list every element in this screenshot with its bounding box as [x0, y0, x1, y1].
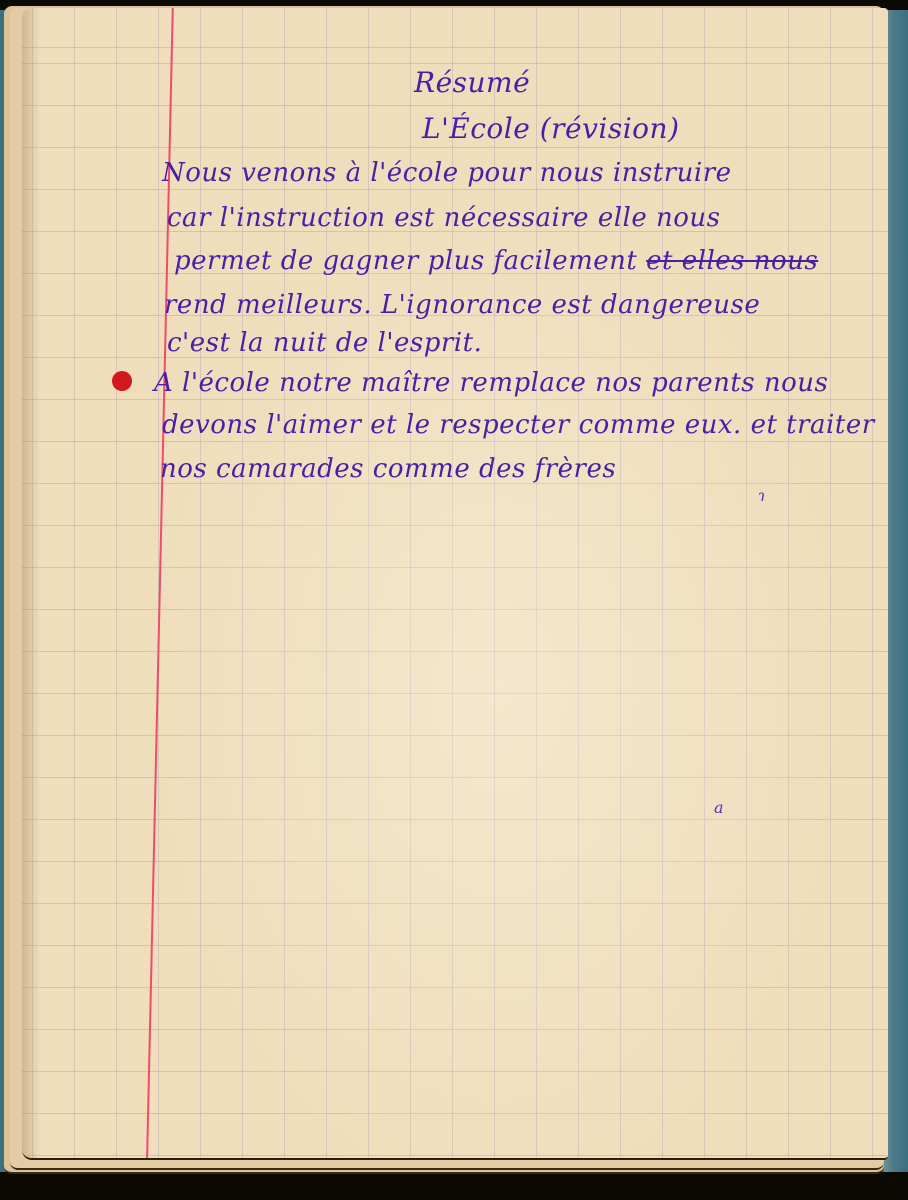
text-line: nos camarades comme des frères: [160, 454, 616, 484]
ink-mark: a: [714, 798, 724, 817]
text-line: permet de gagner plus facilement et elle…: [174, 246, 818, 276]
notebook-page: Résumé L'École (révision) Nous venons à …: [22, 8, 888, 1160]
text-line: Nous venons à l'école pour nous instruir…: [162, 158, 732, 188]
text-line: A l'école notre maître remplace nos pare…: [154, 368, 828, 398]
page-title: Résumé: [414, 66, 530, 99]
scan-bottom-border: [0, 1172, 908, 1200]
text-line: c'est la nuit de l'esprit.: [167, 328, 482, 358]
text-line: rend meilleurs. L'ignorance est dangereu…: [164, 290, 760, 320]
page-subtitle: L'École (révision): [422, 112, 680, 145]
red-bullet-dot: [112, 371, 132, 391]
text-line: devons l'aimer et le respecter comme eux…: [162, 410, 875, 440]
page-edge-shadow: [22, 8, 40, 1158]
struck-text: et elles nous: [646, 246, 818, 276]
text-line: car l'instruction est nécessaire elle no…: [167, 203, 721, 233]
text-line-content: permet de gagner plus facilement: [174, 246, 637, 276]
ink-mark: ɿ: [758, 486, 765, 505]
